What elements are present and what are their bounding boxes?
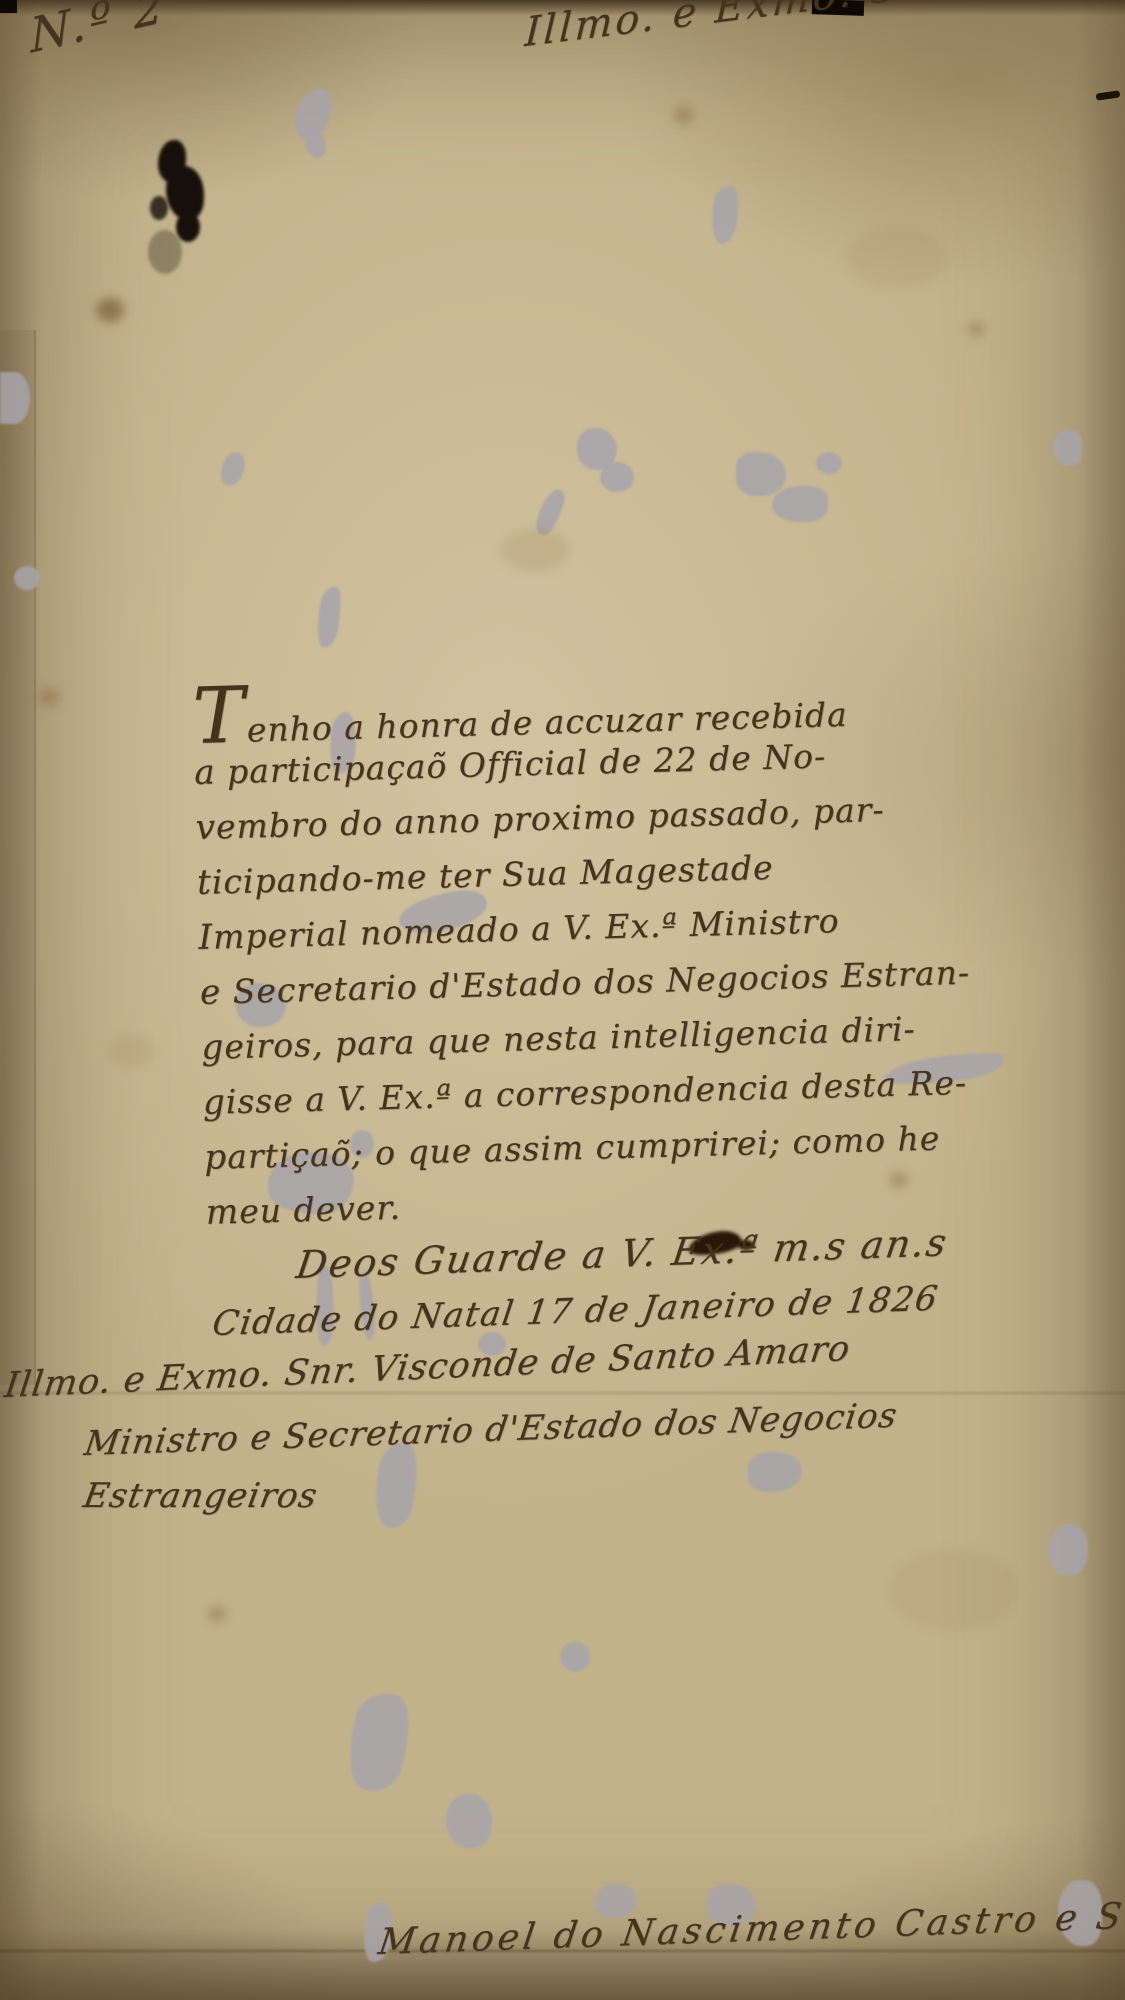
- under-sheet-edge: [34, 330, 36, 1385]
- salutation-header-text: Illmo. e Exmo. Snr.: [524, 0, 964, 56]
- ink-smear: [148, 230, 182, 274]
- stain: [708, 184, 742, 245]
- stain: [1048, 1524, 1088, 1576]
- stain: [0, 372, 30, 424]
- stain: [303, 126, 328, 159]
- address-line-text: Estrangeiros: [80, 1476, 320, 1516]
- fox-spot: [846, 226, 946, 290]
- ink-blot: [176, 212, 200, 242]
- stain: [446, 1794, 492, 1848]
- right-edge-dash-mark: [1096, 90, 1121, 100]
- fox-spot: [38, 688, 60, 706]
- fox-spot: [674, 106, 694, 124]
- stain: [338, 1686, 420, 1798]
- stain: [772, 486, 828, 522]
- stain: [736, 452, 786, 496]
- fox-spot: [208, 1606, 226, 1622]
- document-number: N.º 2: [24, 0, 173, 64]
- ink-blot: [150, 196, 168, 220]
- top-left-edge-mark: [0, 0, 17, 13]
- fox-spot: [108, 1034, 154, 1068]
- fox-spot: [96, 298, 124, 322]
- fox-spot: [500, 528, 570, 572]
- fox-spot: [888, 1548, 1018, 1632]
- stain: [816, 452, 842, 474]
- stain: [748, 1452, 802, 1492]
- stain: [14, 566, 40, 590]
- document-number-text: N.º 2: [29, 0, 168, 65]
- stain: [1052, 430, 1082, 466]
- stain: [219, 450, 248, 488]
- fox-spot: [968, 322, 984, 336]
- stain: [560, 1642, 590, 1672]
- salutation-header: Illmo. e Exmo. Snr.: [522, 0, 965, 56]
- address-line: Estrangeiros: [84, 1476, 317, 1516]
- under-sheet-shading: [0, 330, 34, 1385]
- stain: [600, 462, 634, 492]
- letter-body: Tenho a honra de accuzar recebida a part…: [192, 671, 946, 1240]
- paper-page: N.º 2 Illmo. e Exmo. Snr. Tenho a honra …: [0, 0, 1125, 2000]
- stain: [313, 585, 345, 650]
